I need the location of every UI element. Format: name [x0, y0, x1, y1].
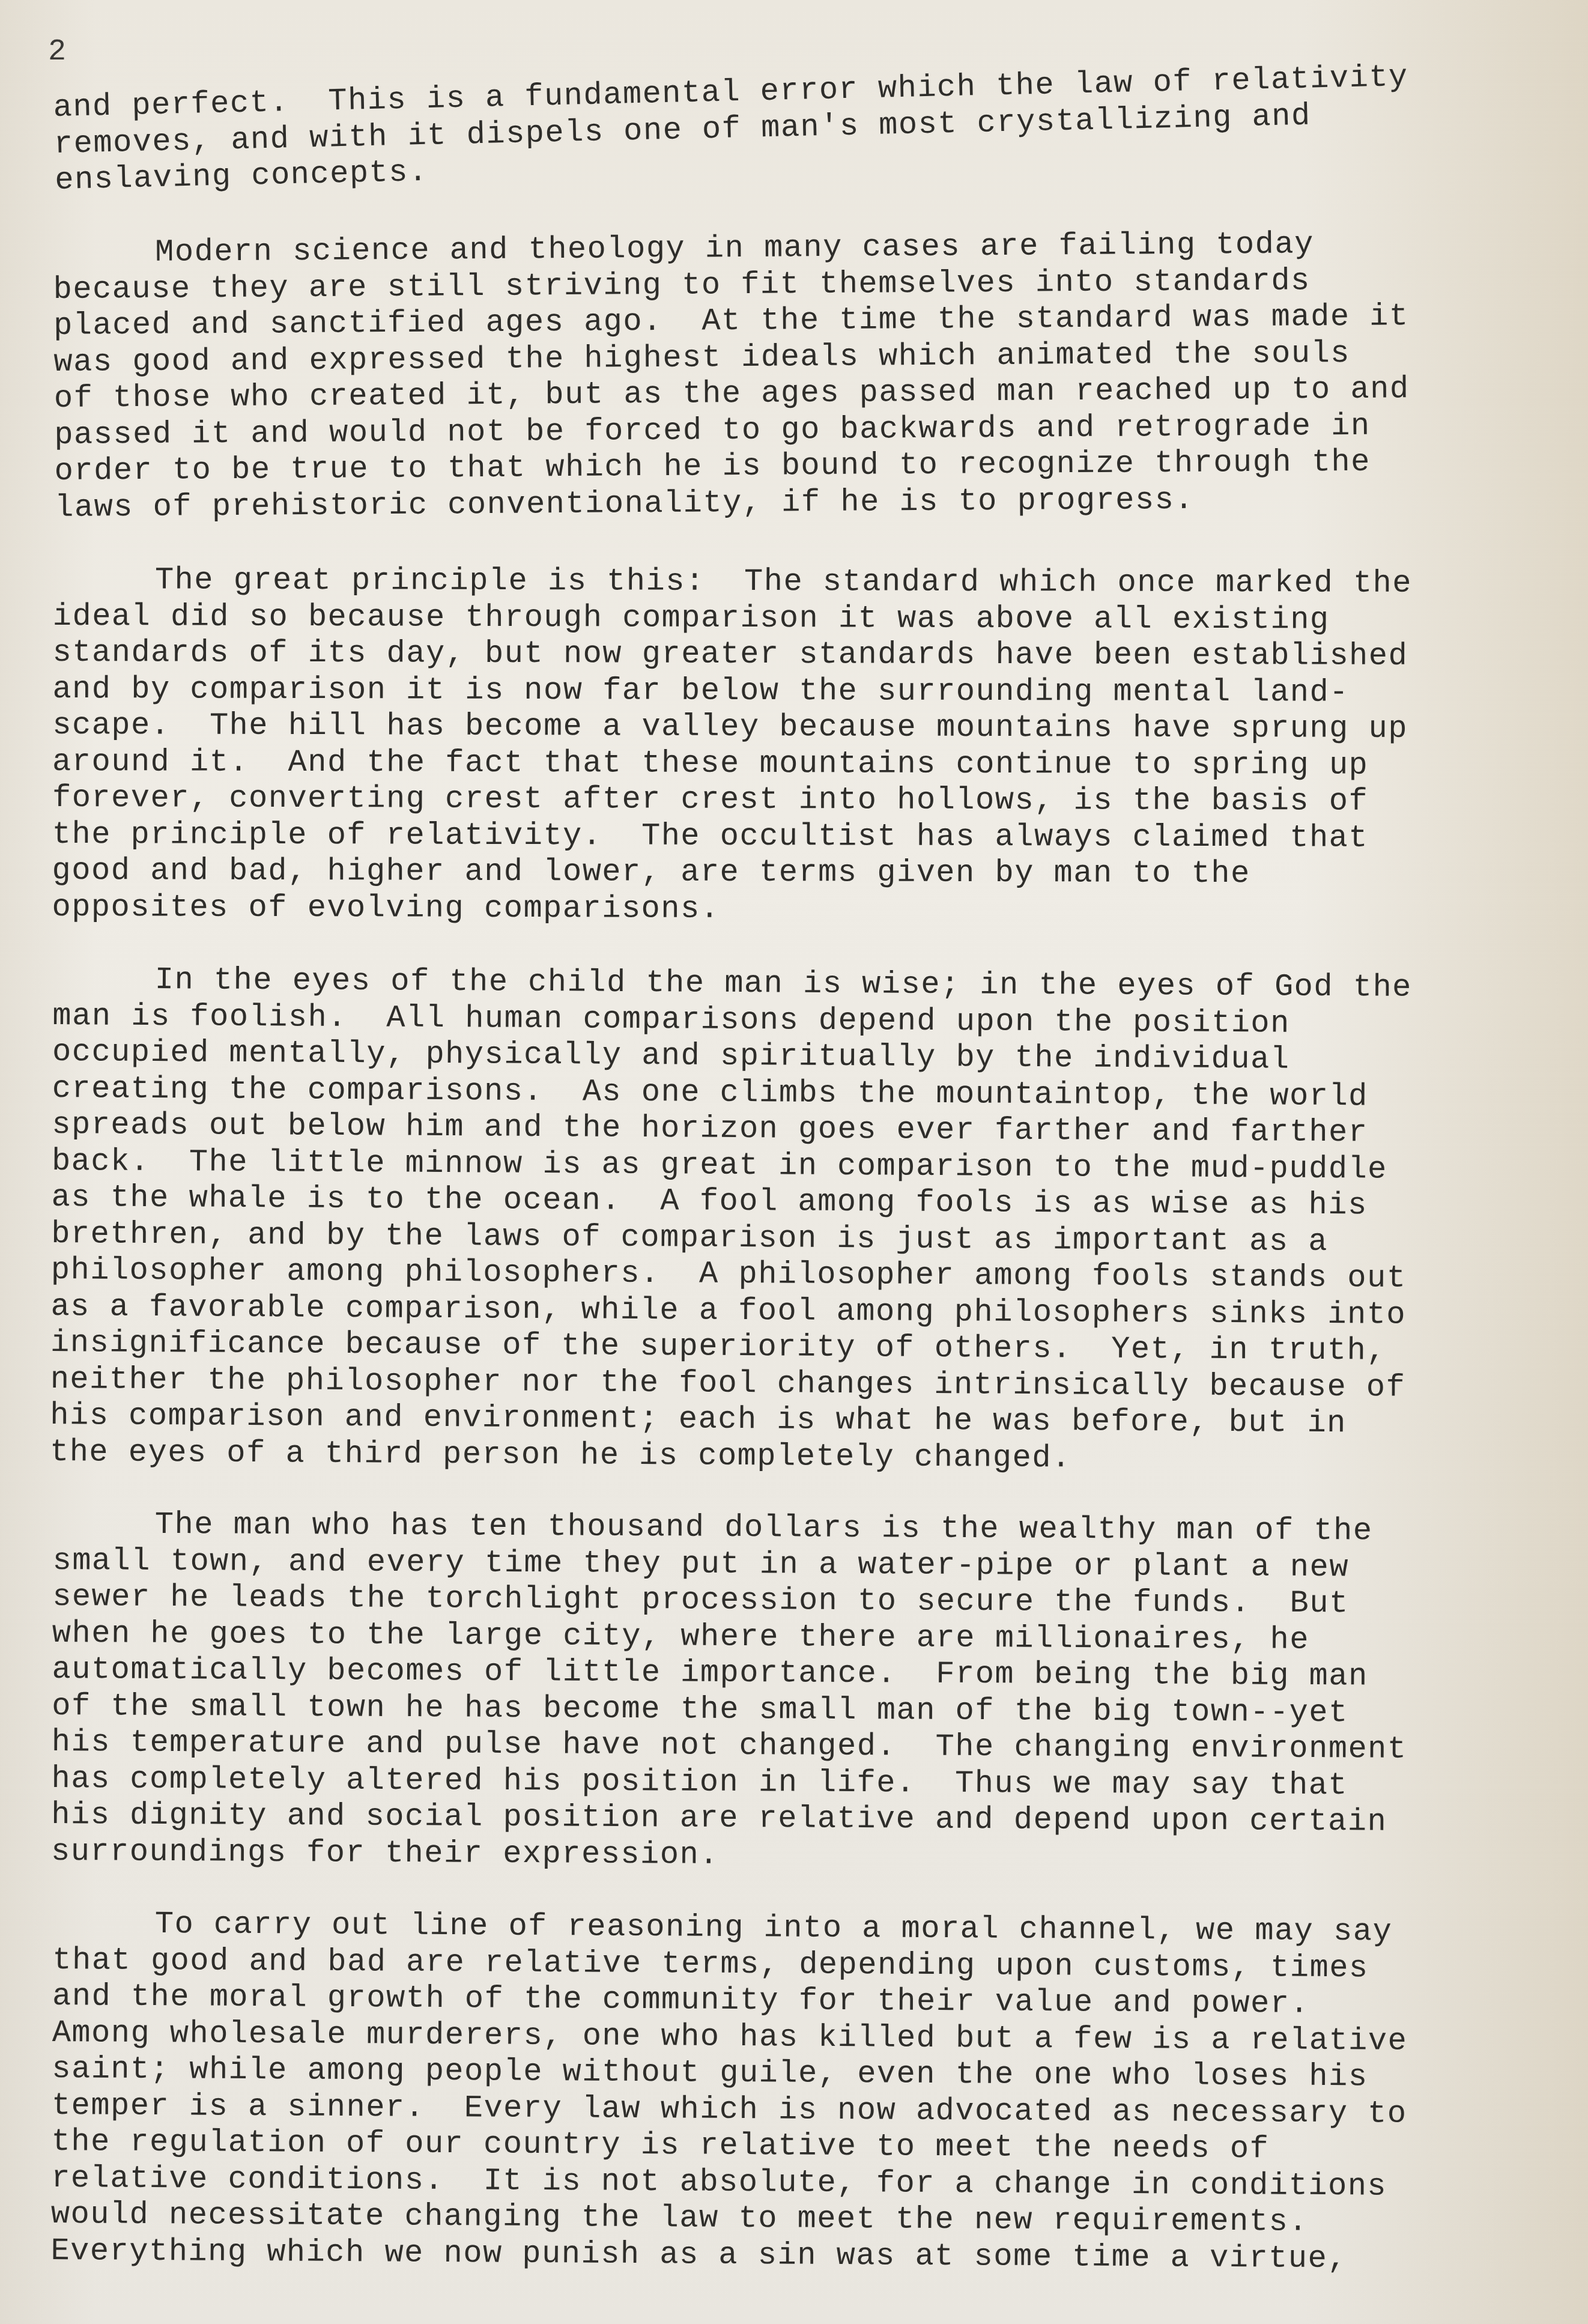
paragraph: and perfect. This is a fundamental error…: [53, 56, 1556, 199]
text-line: scape. The hill has become a valley beca…: [52, 707, 1554, 747]
paragraph: To carry out line of reasoning into a mo…: [50, 1906, 1554, 2278]
paragraph: Modern science and theology in many case…: [53, 225, 1556, 526]
text-line: the principle of relativity. The occulti…: [52, 816, 1554, 857]
typewritten-page: 2 and perfect. This is a fundamental err…: [0, 0, 1588, 2324]
text-line: opposites of evolving comparisons.: [52, 889, 1553, 929]
text-line: standards of its day, but now greater st…: [53, 634, 1554, 675]
text-line: ideal did so because through comparison …: [53, 598, 1554, 639]
text-line: around it. And the fact that these mount…: [52, 744, 1554, 784]
paragraph: The man who has ten thousand dollars is …: [51, 1506, 1554, 1878]
body-text: and perfect. This is a fundamental error…: [53, 90, 1554, 2305]
text-line: and by comparison it is now far below th…: [52, 671, 1554, 711]
page-number: 2: [48, 37, 66, 67]
text-line: The great principle is this: The standar…: [53, 562, 1554, 602]
paragraph: In the eyes of the child the man is wise…: [50, 962, 1554, 1479]
text-line: good and bad, higher and lower, are term…: [52, 852, 1554, 893]
text-line: forever, converting crest after crest in…: [52, 780, 1554, 820]
paragraph: The great principle is this: The standar…: [52, 562, 1554, 930]
